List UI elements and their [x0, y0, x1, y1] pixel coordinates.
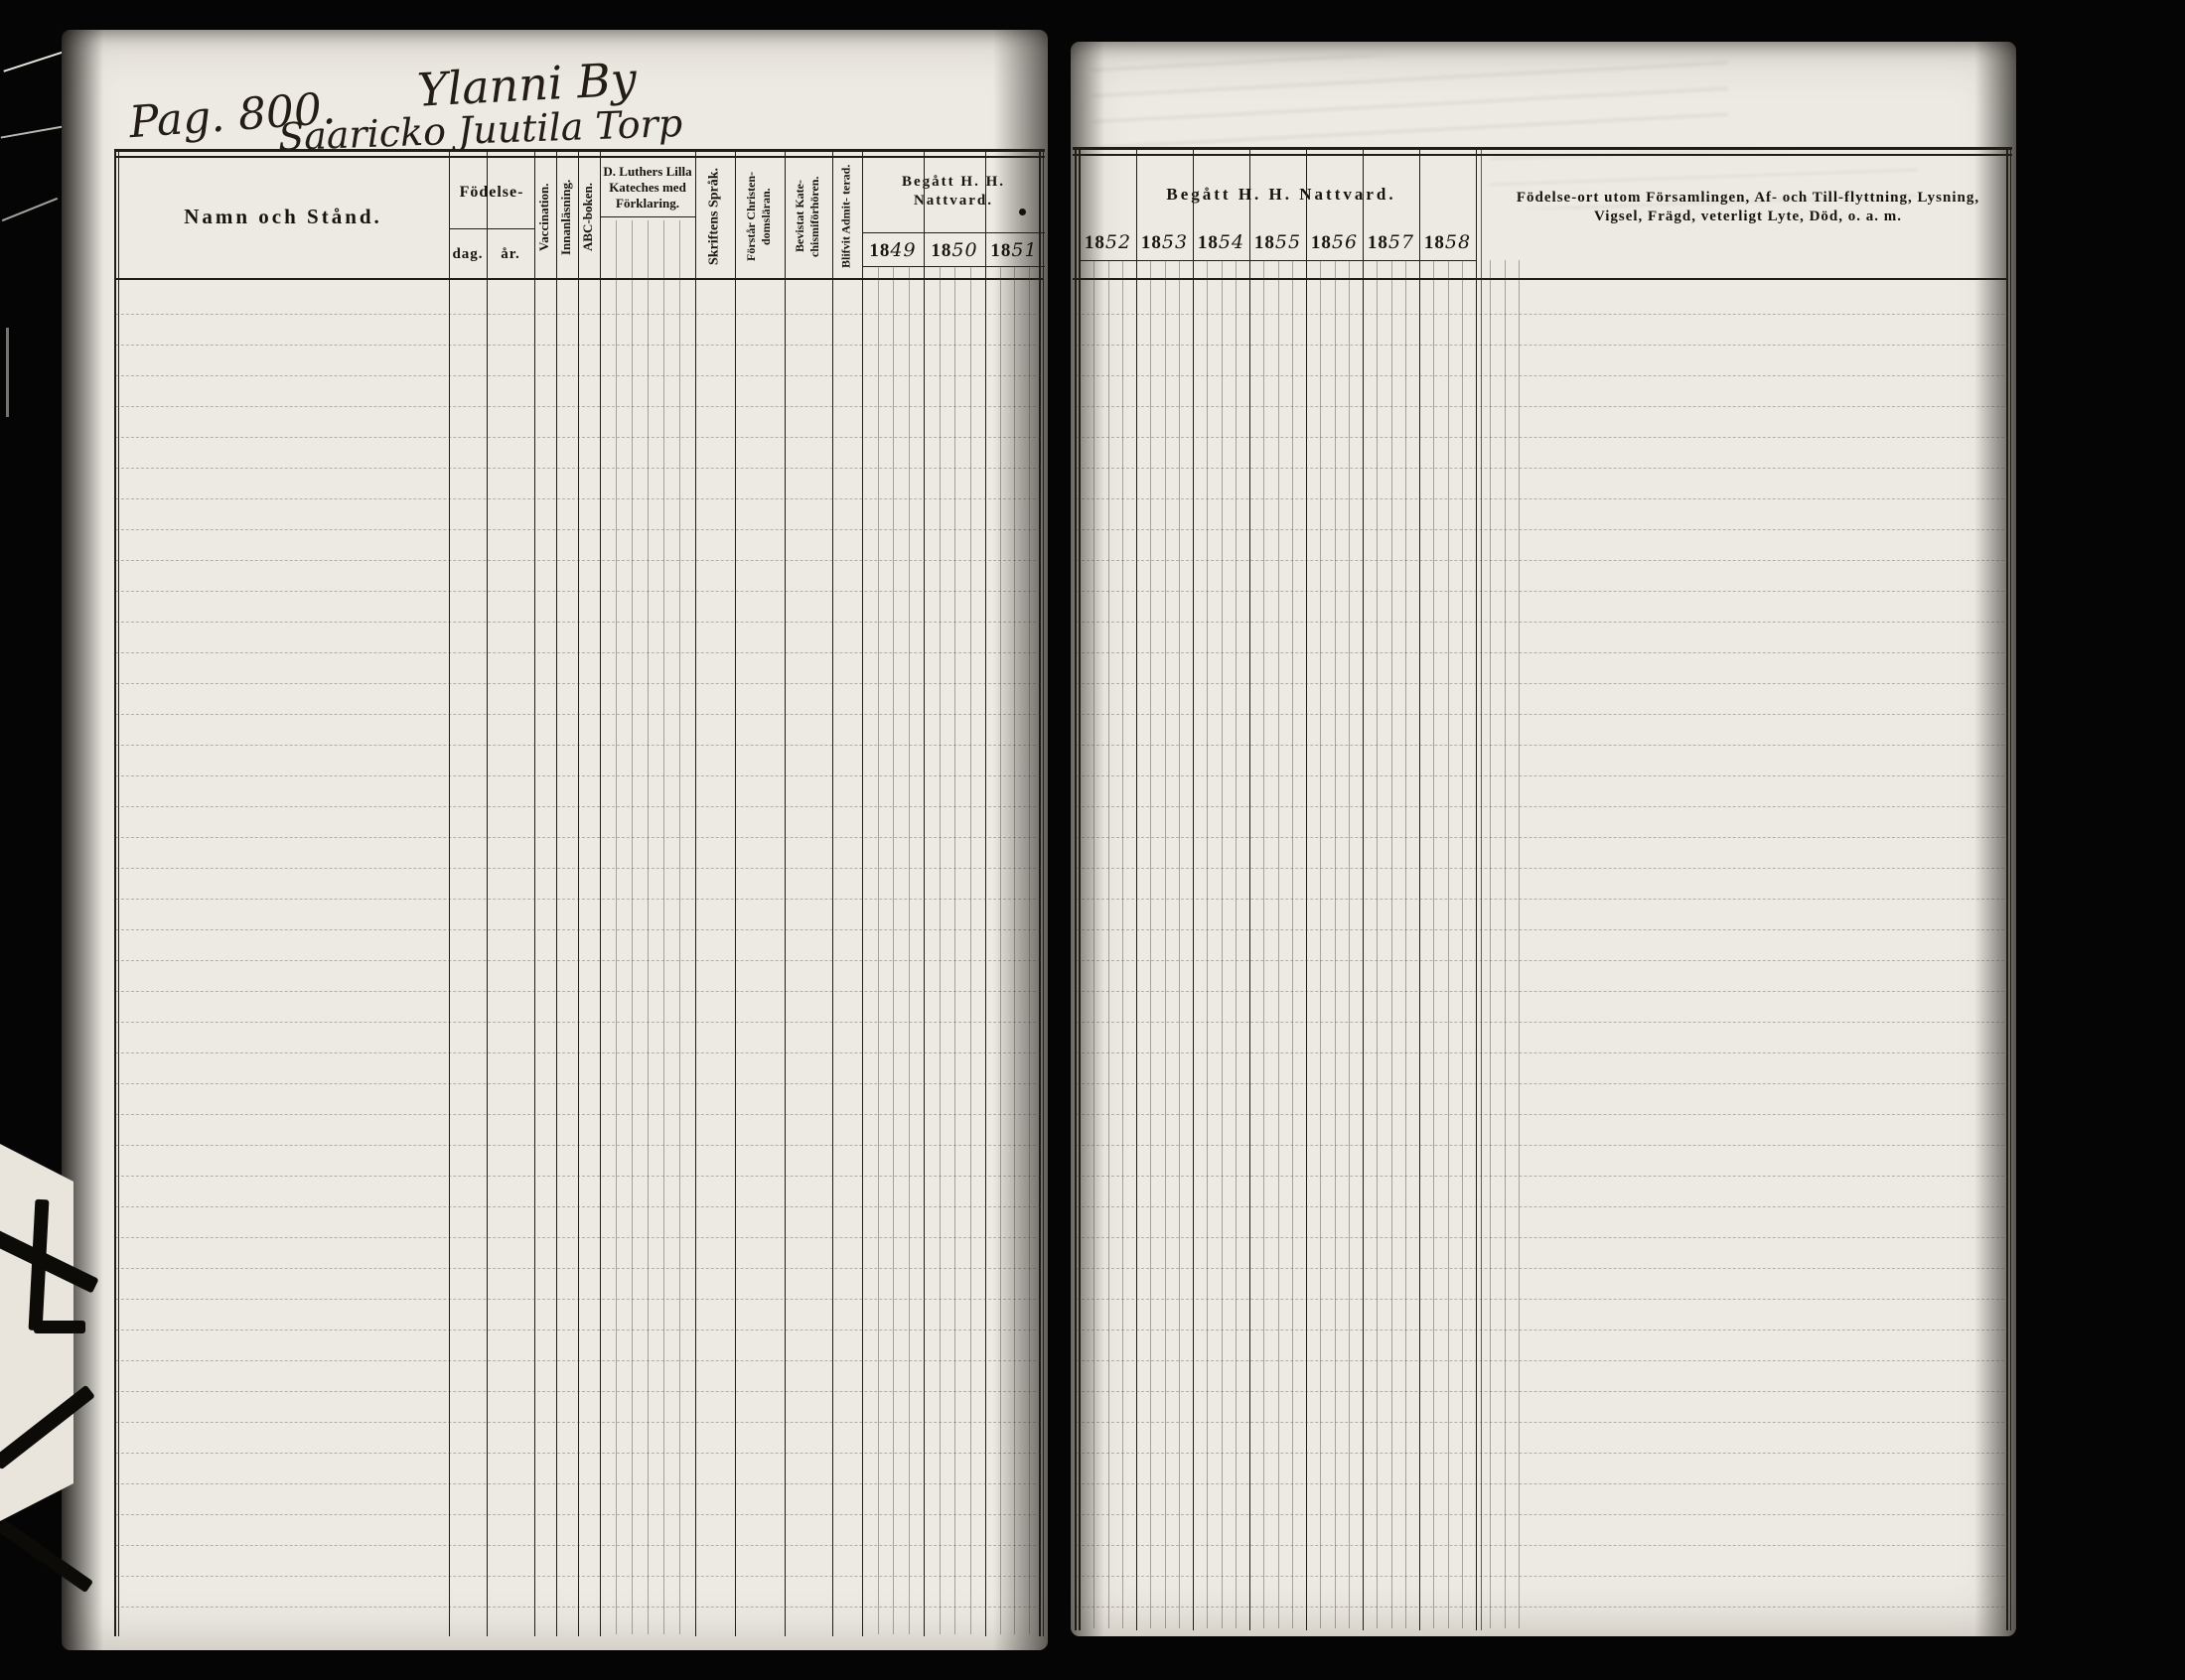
grid-line	[1077, 960, 2004, 961]
grid-line	[1433, 260, 1434, 1628]
col-header-vaccination: Vaccination.	[532, 159, 556, 276]
col-header-scripture: Skriftens Språk.	[693, 157, 735, 276]
grid-line	[1363, 147, 1364, 1630]
grid-line	[1075, 147, 1077, 1630]
grid-line	[1077, 1576, 2004, 1577]
col-header-birth-day: dag.	[449, 234, 487, 274]
grid-line	[1077, 1514, 2004, 1515]
grid-line	[1077, 652, 2004, 653]
grid-line	[878, 266, 879, 1634]
grid-line	[116, 314, 1041, 315]
grid-line	[1077, 1114, 2004, 1115]
col-header-catechism: D. Luthers Lilla Kateches med Förklaring…	[602, 161, 693, 214]
grid-line	[116, 1514, 1041, 1515]
grid-line	[1077, 1083, 2004, 1084]
grid-line	[116, 1422, 1041, 1423]
grid-line	[1405, 260, 1406, 1628]
grid-line	[116, 1268, 1041, 1269]
grid-line	[1077, 991, 2004, 992]
grid-line	[893, 266, 894, 1634]
grid-line	[1335, 260, 1336, 1628]
film-scratch	[6, 328, 9, 417]
grid-line	[1193, 147, 1194, 1630]
grid-line	[118, 149, 119, 1636]
grid-line	[862, 232, 1045, 233]
grid-line	[695, 149, 696, 1636]
year-header: 1852	[1080, 228, 1136, 258]
grid-line	[1077, 560, 2004, 561]
grid-line	[114, 149, 116, 1636]
grid-line	[114, 156, 1045, 158]
grid-line	[970, 266, 971, 1634]
grid-line	[1014, 266, 1015, 1634]
year-header: 1850	[924, 236, 985, 266]
year-header: 1858	[1419, 228, 1476, 258]
scanned-church-book: Pag. 800. Ylanni By Saaricko Juutila Tor…	[0, 0, 2185, 1680]
ink-bleed	[1092, 49, 1728, 149]
grid-line	[1077, 529, 2004, 530]
grid-line	[1077, 1422, 2004, 1423]
col-header-name: Namn och Stånd.	[119, 167, 447, 266]
grid-line	[1292, 260, 1293, 1628]
grid-line	[735, 149, 736, 1636]
grid-line	[1077, 437, 2004, 438]
grid-line	[1349, 260, 1350, 1628]
grid-line	[862, 149, 863, 1636]
grid-line	[1077, 714, 2004, 715]
grid-line	[116, 1022, 1041, 1023]
grid-line	[116, 837, 1041, 838]
grid-line	[1077, 1145, 2004, 1146]
grid-line	[1136, 147, 1137, 1630]
grid-line	[116, 1330, 1041, 1330]
grid-line	[1029, 266, 1030, 1634]
col-header-attended: Bevistat Kate- chismiförhören.	[783, 157, 832, 276]
grid-line	[985, 149, 986, 1636]
grid-line	[1179, 260, 1180, 1628]
grid-line	[1077, 314, 2004, 315]
film-scratch	[2, 198, 58, 221]
col-header-understands: Förstår Christen- domsläran.	[733, 157, 785, 276]
col-header-birth: Födelse-	[449, 167, 534, 218]
grid-line	[1077, 468, 2004, 469]
grid-line	[116, 375, 1041, 376]
grid-line	[1077, 1206, 2004, 1207]
grid-line	[1077, 868, 2004, 869]
grid-line	[1077, 1022, 2004, 1023]
grid-line	[1377, 260, 1378, 1628]
grid-line	[116, 1083, 1041, 1084]
grid-line	[116, 683, 1041, 684]
grid-line	[116, 745, 1041, 746]
grid-line	[116, 406, 1041, 407]
grid-line	[116, 1453, 1041, 1454]
grid-line	[116, 437, 1041, 438]
grid-line	[116, 468, 1041, 469]
grid-line	[114, 149, 1045, 152]
grid-line	[116, 1360, 1041, 1361]
grid-line	[2010, 147, 2011, 1630]
grid-line	[1476, 147, 1477, 1630]
grid-line	[116, 498, 1041, 499]
grid-line	[1222, 260, 1223, 1628]
grid-line	[1073, 154, 2012, 156]
grid-line	[862, 266, 1045, 267]
grid-line	[116, 1237, 1041, 1238]
grid-line	[1490, 260, 1491, 1628]
grid-line	[1165, 260, 1166, 1628]
film-mark-stroke	[34, 1321, 85, 1333]
grid-line	[116, 1299, 1041, 1300]
year-header: 1856	[1306, 228, 1363, 258]
grid-line	[116, 1052, 1041, 1053]
grid-line	[1419, 147, 1420, 1630]
grid-line	[1077, 1268, 2004, 1269]
grid-line	[1077, 1545, 2004, 1546]
year-header: 1854	[1193, 228, 1249, 258]
grid-line	[1077, 775, 2004, 776]
grid-line	[116, 899, 1041, 900]
grid-line	[116, 775, 1041, 776]
grid-line	[1043, 149, 1044, 1636]
grid-line	[1080, 147, 1081, 1630]
grid-line	[116, 529, 1041, 530]
col-header-abc: ABC-boken.	[576, 159, 600, 276]
grid-line	[116, 1545, 1041, 1546]
col-header-communion-left: Begått H. H. Nattvard.	[862, 165, 1045, 218]
film-scratch	[3, 49, 70, 72]
grid-line	[116, 1145, 1041, 1146]
grid-line	[1391, 260, 1392, 1628]
grid-line	[1077, 806, 2004, 807]
grid-line	[1077, 1330, 2004, 1330]
grid-line	[487, 149, 488, 1636]
grid-line	[1505, 260, 1506, 1628]
grid-line	[600, 216, 695, 217]
grid-line	[1077, 745, 2004, 746]
grid-line	[116, 991, 1041, 992]
grid-line	[1077, 1299, 2004, 1300]
grid-line	[1077, 1052, 2004, 1053]
grid-line	[1077, 1483, 2004, 1484]
grid-line	[534, 149, 535, 1636]
grid-line	[1462, 260, 1463, 1628]
grid-line	[116, 714, 1041, 715]
grid-line	[1077, 1453, 2004, 1454]
grid-line	[832, 149, 833, 1636]
grid-line	[116, 1176, 1041, 1177]
grid-line	[954, 266, 955, 1634]
grid-line	[924, 149, 925, 1636]
grid-line	[1077, 1391, 2004, 1392]
grid-line	[116, 591, 1041, 592]
grid-line	[1263, 260, 1264, 1628]
grid-line	[1073, 278, 2006, 280]
grid-line	[1278, 260, 1279, 1628]
year-header: 1851	[985, 236, 1043, 266]
grid-line	[116, 1607, 1041, 1608]
grid-line	[1077, 406, 2004, 407]
grid-line	[578, 149, 579, 1636]
grid-line	[1122, 260, 1123, 1628]
grid-line	[1077, 1176, 2004, 1177]
grid-line	[940, 266, 941, 1634]
grid-line	[2006, 147, 2008, 1630]
grid-line	[1448, 260, 1449, 1628]
grid-line	[1093, 260, 1094, 1628]
grid-line	[116, 652, 1041, 653]
grid-line	[1150, 260, 1151, 1628]
grid-line	[116, 1114, 1041, 1115]
grid-line	[116, 868, 1041, 869]
grid-line	[556, 149, 557, 1636]
grid-line	[1077, 1360, 2004, 1361]
grid-line	[1077, 498, 2004, 499]
grid-line	[1306, 147, 1307, 1630]
col-header-communion-right: Begått H. H. Nattvard.	[1112, 177, 1450, 212]
year-header: 1857	[1363, 228, 1419, 258]
grid-line	[1077, 1607, 2004, 1608]
grid-line	[1000, 266, 1001, 1634]
grid-line	[1108, 260, 1109, 1628]
grid-line	[1073, 147, 2012, 150]
grid-line	[1077, 345, 2004, 346]
grid-line	[116, 929, 1041, 930]
year-header: 1853	[1136, 228, 1193, 258]
grid-line	[116, 1483, 1041, 1484]
grid-line	[116, 806, 1041, 807]
grid-line	[1077, 375, 2004, 376]
grid-line	[116, 1391, 1041, 1392]
grid-line	[1236, 260, 1237, 1628]
year-header: 1849	[862, 236, 924, 266]
grid-line	[1207, 260, 1208, 1628]
col-header-birth-year: år.	[487, 234, 534, 274]
grid-line	[116, 560, 1041, 561]
grid-line	[1077, 591, 2004, 592]
grid-line	[116, 622, 1041, 623]
grid-line	[1039, 149, 1041, 1636]
grid-line	[449, 149, 450, 1636]
grid-line	[1481, 147, 1482, 1630]
grid-line	[116, 345, 1041, 346]
year-header	[1476, 228, 1532, 258]
grid-line	[600, 149, 601, 1636]
grid-line	[116, 1206, 1041, 1207]
grid-line	[449, 228, 534, 229]
grid-line	[909, 266, 910, 1634]
grid-line	[1077, 929, 2004, 930]
grid-line	[1077, 622, 2004, 623]
grid-line	[1249, 147, 1250, 1630]
grid-line	[1077, 1237, 2004, 1238]
right-page	[1071, 42, 2016, 1636]
grid-line	[1320, 260, 1321, 1628]
grid-line	[1077, 683, 2004, 684]
col-header-admitted: Blifvit Admit- terad.	[830, 157, 862, 276]
col-header-reading: Innanläsning.	[554, 159, 578, 276]
grid-line	[1077, 837, 2004, 838]
grid-line	[116, 1576, 1041, 1577]
grid-line	[1519, 260, 1520, 1628]
grid-line	[1077, 899, 2004, 900]
grid-line	[785, 149, 786, 1636]
year-header: 1855	[1249, 228, 1306, 258]
grid-line	[116, 960, 1041, 961]
col-header-notes: Födelse-ort utom Församlingen, Af- och T…	[1502, 175, 1994, 240]
